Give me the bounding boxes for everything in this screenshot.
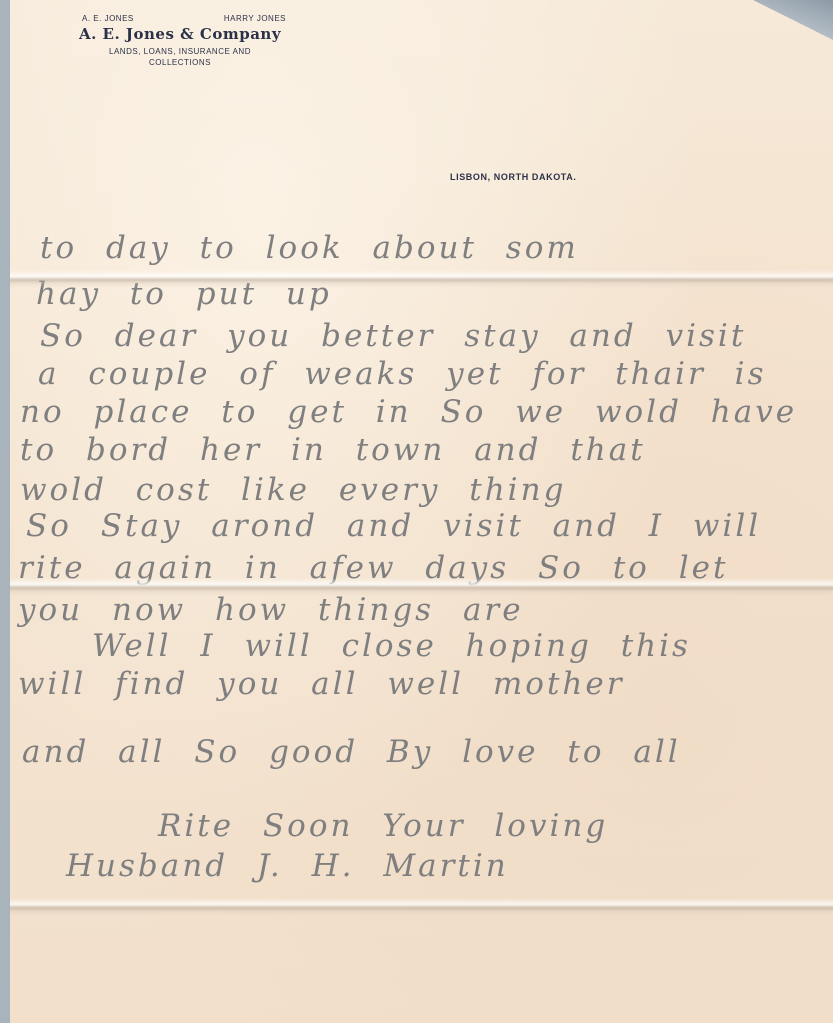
- body-line: hay to put up: [36, 276, 332, 312]
- body-line: to bord her in town and that: [20, 432, 646, 468]
- body-line: Well I will close hoping this: [92, 628, 691, 664]
- body-line: rite again in afew days So to let: [18, 550, 728, 586]
- body-line: So Stay arond and visit and I will: [26, 508, 761, 544]
- handwritten-body: to day to look about som hay to put up S…: [0, 0, 833, 1023]
- body-line: a couple of weaks yet for thair is: [38, 356, 766, 392]
- body-line: will find you all well mother: [18, 666, 625, 702]
- closing-line: Rite Soon Your loving: [158, 808, 608, 844]
- body-line: you now how things are: [18, 592, 524, 628]
- body-line: to day to look about som: [40, 230, 579, 266]
- body-line: So dear you better stay and visit: [40, 318, 746, 354]
- body-line: and all So good By love to all: [22, 734, 681, 770]
- signature-line: Husband J. H. Martin: [66, 848, 509, 884]
- body-line: no place to get in So we wold have: [20, 394, 797, 430]
- body-line: wold cost like every thing: [20, 472, 566, 508]
